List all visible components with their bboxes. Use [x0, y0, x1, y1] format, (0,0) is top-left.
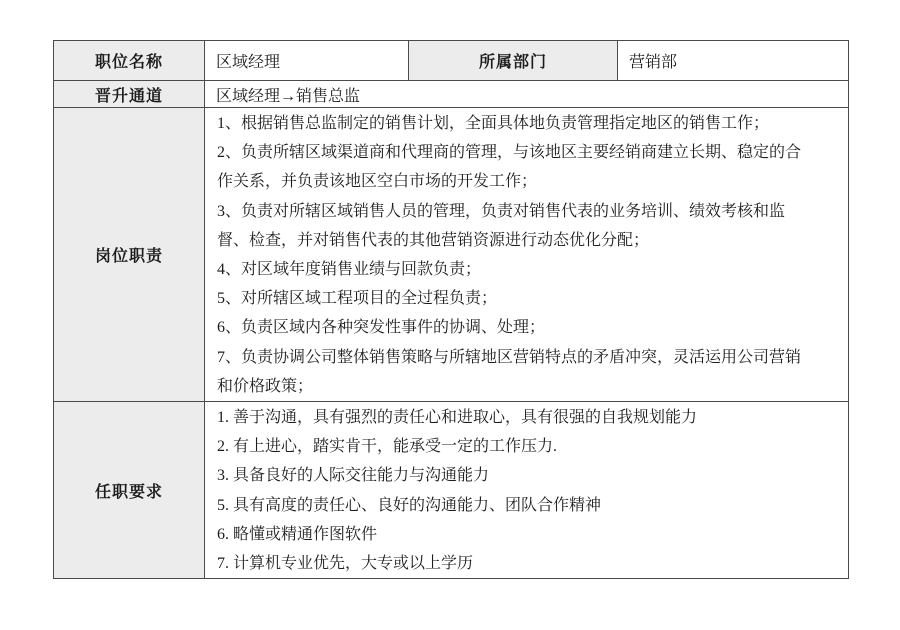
requirements-list: 1. 善于沟通，具有强烈的责任心和进取心，具有很强的自我规划能力 2. 有上进心…	[205, 402, 849, 579]
department-label: 所属部门	[409, 41, 618, 81]
document-page: 职位名称 区域经理 所属部门 营销部 晋升通道 区域经理→销售总监 岗位职责 1…	[0, 0, 900, 630]
promotion-path-label: 晋升通道	[54, 81, 205, 108]
department-value: 营销部	[618, 41, 849, 81]
duty-item: 7、负责协调公司整体销售策略与所辖地区营销特点的矛盾冲突，灵活运用公司营销和价格…	[217, 343, 814, 401]
position-name-label: 职位名称	[54, 41, 205, 81]
duty-item: 6、负责区域内各种突发性事件的协调、处理；	[217, 313, 814, 342]
duty-item: 4、对区域年度销售业绩与回款负责；	[217, 255, 814, 284]
requirement-item: 2. 有上进心，踏实肯干，能承受一定的工作压力.	[217, 432, 814, 461]
table-row-duties: 岗位职责 1、根据销售总监制定的销售计划，全面具体地负责管理指定地区的销售工作；…	[54, 108, 849, 402]
duty-item: 1、根据销售总监制定的销售计划，全面具体地负责管理指定地区的销售工作；	[217, 109, 814, 138]
duty-item: 3、负责对所辖区域销售人员的管理，负责对销售代表的业务培训、绩效考核和监督、检查…	[217, 197, 814, 255]
requirement-item: 7. 计算机专业优先，大专或以上学历	[217, 549, 814, 578]
job-description-table: 职位名称 区域经理 所属部门 营销部 晋升通道 区域经理→销售总监 岗位职责 1…	[53, 40, 849, 579]
requirements-label: 任职要求	[54, 402, 205, 579]
duties-label: 岗位职责	[54, 108, 205, 402]
requirement-item: 3. 具备良好的人际交往能力与沟通能力	[217, 461, 814, 490]
duty-item: 2、负责所辖区域渠道商和代理商的管理，与该地区主要经销商建立长期、稳定的合作关系…	[217, 138, 814, 196]
promotion-path-value: 区域经理→销售总监	[205, 81, 849, 108]
table-row-promotion: 晋升通道 区域经理→销售总监	[54, 81, 849, 108]
position-name-value: 区域经理	[205, 41, 409, 81]
table-row-requirements: 任职要求 1. 善于沟通，具有强烈的责任心和进取心，具有很强的自我规划能力 2.…	[54, 402, 849, 579]
requirement-item: 6. 略懂或精通作图软件	[217, 520, 814, 549]
table-row-position: 职位名称 区域经理 所属部门 营销部	[54, 41, 849, 81]
requirement-item: 1. 善于沟通，具有强烈的责任心和进取心，具有很强的自我规划能力	[217, 403, 814, 432]
duties-list: 1、根据销售总监制定的销售计划，全面具体地负责管理指定地区的销售工作； 2、负责…	[205, 108, 849, 402]
duty-item: 5、对所辖区域工程项目的全过程负责；	[217, 284, 814, 313]
requirement-item: 5. 具有高度的责任心、良好的沟通能力、团队合作精神	[217, 491, 814, 520]
